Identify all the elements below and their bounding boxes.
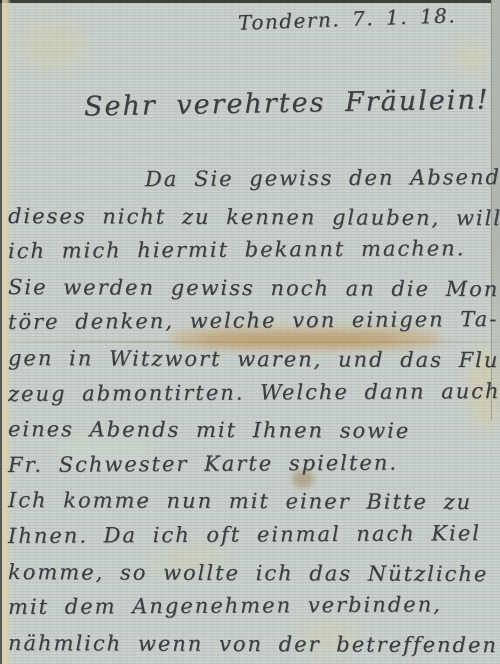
letter-body: Da Sie gewiss den Absenderdieses nicht z… xyxy=(8,163,494,661)
letter-line: eines Abends mit Ihnen sowie xyxy=(8,412,494,450)
stain xyxy=(452,44,492,74)
letter-line: gen in Witzwort waren, und das Flug- xyxy=(8,341,494,379)
salutation: Sehr verehrtes Fräulein! xyxy=(84,84,490,122)
letter-line: Fr. Schwester Karte spielten. xyxy=(8,445,494,484)
letter-line: nähmlich wenn von der betreffenden xyxy=(8,626,494,664)
letter-line: zeug abmontirten. Welche dann auch xyxy=(8,374,494,413)
letter-line: Ihnen. Da ich oft einmal nach Kiel xyxy=(8,516,494,555)
date-line: Tondern. 7. 1. 18. xyxy=(238,3,457,35)
letter-scan: Tondern. 7. 1. 18. Sehr verehrtes Fräule… xyxy=(0,0,500,664)
letter-line: Ich komme nun mit einer Bitte zu xyxy=(8,483,494,521)
scan-edge-top xyxy=(0,0,500,3)
letter-line: töre denken, welche von einigen Ta- xyxy=(8,302,494,341)
letter-line: mit dem Angenehmen verbinden, xyxy=(8,587,494,626)
letter-line: Da Sie gewiss den Absender xyxy=(8,160,494,199)
letter-line: ich mich hiermit bekannt machen. xyxy=(8,231,494,270)
stain xyxy=(18,22,88,68)
